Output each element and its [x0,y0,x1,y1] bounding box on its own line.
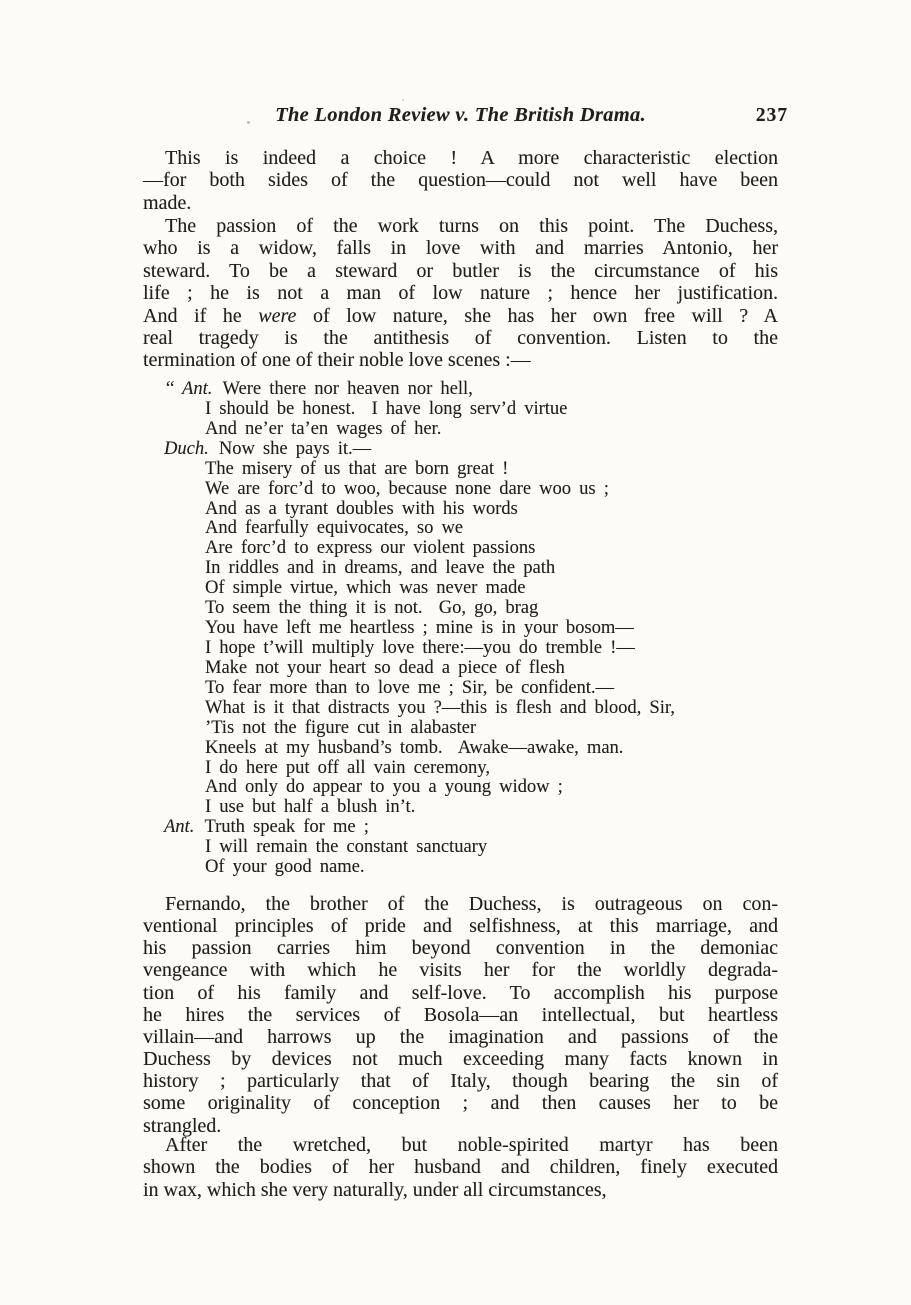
verse-line: In riddles and in dreams, and leave the … [205,559,778,579]
speaker-label: ‘‘ Ant. [164,379,221,399]
verse-line: I will remain the constant sanctuary [205,838,778,858]
verse-line: Of your good name. [205,858,778,878]
verse-line: Kneels at my husband’s tomb. Awake—awake… [205,739,778,759]
paragraph-passion: The passion of the work turns on this po… [143,215,778,372]
verse-line: Ant. Truth speak for me ; [205,818,778,838]
verse-line: And ne’er ta’en wages of her. [205,420,778,440]
verse-line: What is it that distracts you ?—this is … [205,699,778,719]
verse-line: ‘‘ Ant. Were there nor heaven nor hell, [205,380,778,400]
speaker-label: Duch. [164,439,217,459]
text-line: The passion of the work turns on this po… [143,215,778,237]
text-line: steward. To be a steward or butler is th… [143,260,778,282]
text-line: After the wretched, but noble-spirited m… [143,1134,778,1156]
text-line: vengeance with which he visits her for t… [143,959,778,981]
text-line: And if he were of low nature, she has he… [143,305,778,327]
verse-line: I should be honest. I have long serv’d v… [205,400,778,420]
text-line: This is indeed a choice ! A more charact… [143,147,778,169]
verse-line: And only do appear to you a young widow … [205,778,778,798]
page-number: 237 [756,105,788,127]
verse-line: I use but half a blush in’t. [205,798,778,818]
verse-line: To fear more than to love me ; Sir, be c… [205,679,778,699]
verse-line: Of simple virtue, which was never made [205,579,778,599]
text-line: —for both sides of the question—could no… [143,169,778,191]
verse-quotation: ‘‘ Ant. Were there nor heaven nor hell,I… [143,380,778,878]
text-line: his passion carries him beyond conventio… [143,937,778,959]
verse-line: The misery of us that are born great ! [205,460,778,480]
text-line: made. [143,192,778,214]
text-line: some originality of conception ; and the… [143,1092,778,1114]
text-line: Duchess by devices not much exceeding ma… [143,1048,778,1070]
speaker-label: Ant. [164,817,202,837]
page-header: The London Review v. The British Drama. … [143,104,778,132]
verse-line: And as a tyrant doubles with his words [205,500,778,520]
verse-line: To seem the thing it is not. Go, go, bra… [205,599,778,619]
text-line: history ; particularly that of Italy, th… [143,1070,778,1092]
paragraph-fernando: Fernando, the brother of the Duchess, is… [143,893,778,1137]
paragraph-after: After the wretched, but noble-spirited m… [143,1134,778,1201]
text-line: real tragedy is the antithesis of conven… [143,327,778,349]
verse-line: Duch. Now she pays it.— [205,440,778,460]
scan-speck [402,99,404,101]
running-title: The London Review v. The British Drama. [143,104,778,127]
verse-line: Make not your heart so dead a piece of f… [205,659,778,679]
text-line: who is a widow, falls in love with and m… [143,237,778,259]
verse-line: I do here put off all vain ceremony, [205,759,778,779]
text-line: villain—and harrows up the imagination a… [143,1026,778,1048]
text-line: he hires the services of Bosola—an intel… [143,1004,778,1026]
text-line: tion of his family and self-love. To acc… [143,982,778,1004]
verse-line: ’Tis not the figure cut in alabaster [205,719,778,739]
verse-line: And fearfully equivocates, so we [205,519,778,539]
verse-line: Are forc’d to express our violent passio… [205,539,778,559]
text-line: Fernando, the brother of the Duchess, is… [143,893,778,915]
text-line: life ; he is not a man of low nature ; h… [143,282,778,304]
paragraph-intro: This is indeed a choice ! A more charact… [143,147,778,214]
verse-line: You have left me heartless ; mine is in … [205,619,778,639]
verse-line: I hope t’will multiply love there:—you d… [205,639,778,659]
text-line: shown the bodies of her husband and chil… [143,1156,778,1178]
scanned-page: The London Review v. The British Drama. … [0,0,911,1305]
text-line: termination of one of their noble love s… [143,349,778,371]
verse-line: We are forc’d to woo, because none dare … [205,480,778,500]
text-line: ventional principles of pride and selfis… [143,915,778,937]
text-line: in wax, which she very naturally, under … [143,1179,778,1201]
